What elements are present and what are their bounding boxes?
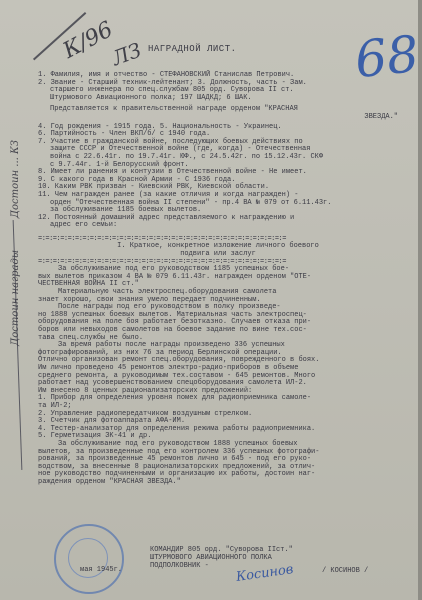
margin-note-lower: Достоин награды	[10, 250, 21, 346]
margin-note-upper: Достоин ... КЗ	[10, 140, 21, 218]
commander-title: КОМАНДИР 805 орд. "Суворова IIст."	[150, 546, 293, 554]
document-date: мая 1945г.	[80, 566, 122, 574]
document-body: 1. Фамилия, имя и отчество - СТЕФАНОВСКИ…	[38, 72, 398, 486]
official-stamp	[54, 524, 124, 594]
page-edge	[418, 0, 422, 600]
narrative-line: раждения орденом "КРАСНАЯ ЗВЕЗДА."	[38, 479, 398, 487]
commander-name: / КОСИНОВ /	[322, 567, 368, 575]
field-line: адрес его семьи:	[38, 222, 398, 230]
field-line: Штурмового Авиационного полка; 197 ШАДКД…	[38, 95, 398, 103]
section-heading: подвига или заслуг	[38, 251, 398, 259]
handwritten-archive-code: К/96	[59, 17, 117, 64]
regiment-name: ШТУРМОВОГО АВИАЦИОННОГО ПОЛКА	[150, 554, 293, 562]
field-line: ЗВЕЗДА."	[38, 114, 398, 122]
document-title: НАГРАДНОЙ ЛИСТ.	[148, 44, 237, 54]
award-sheet-page: К/96 ЛЗ 68 НАГРАДНОЙ ЛИСТ. Достоин ... К…	[0, 0, 422, 600]
field-line: Представляется к правительственной награ…	[38, 106, 398, 114]
narrative-line: 1. Прибор для определения уровня помех д…	[38, 395, 398, 403]
handwritten-archive-code-2: ЛЗ	[109, 38, 145, 71]
